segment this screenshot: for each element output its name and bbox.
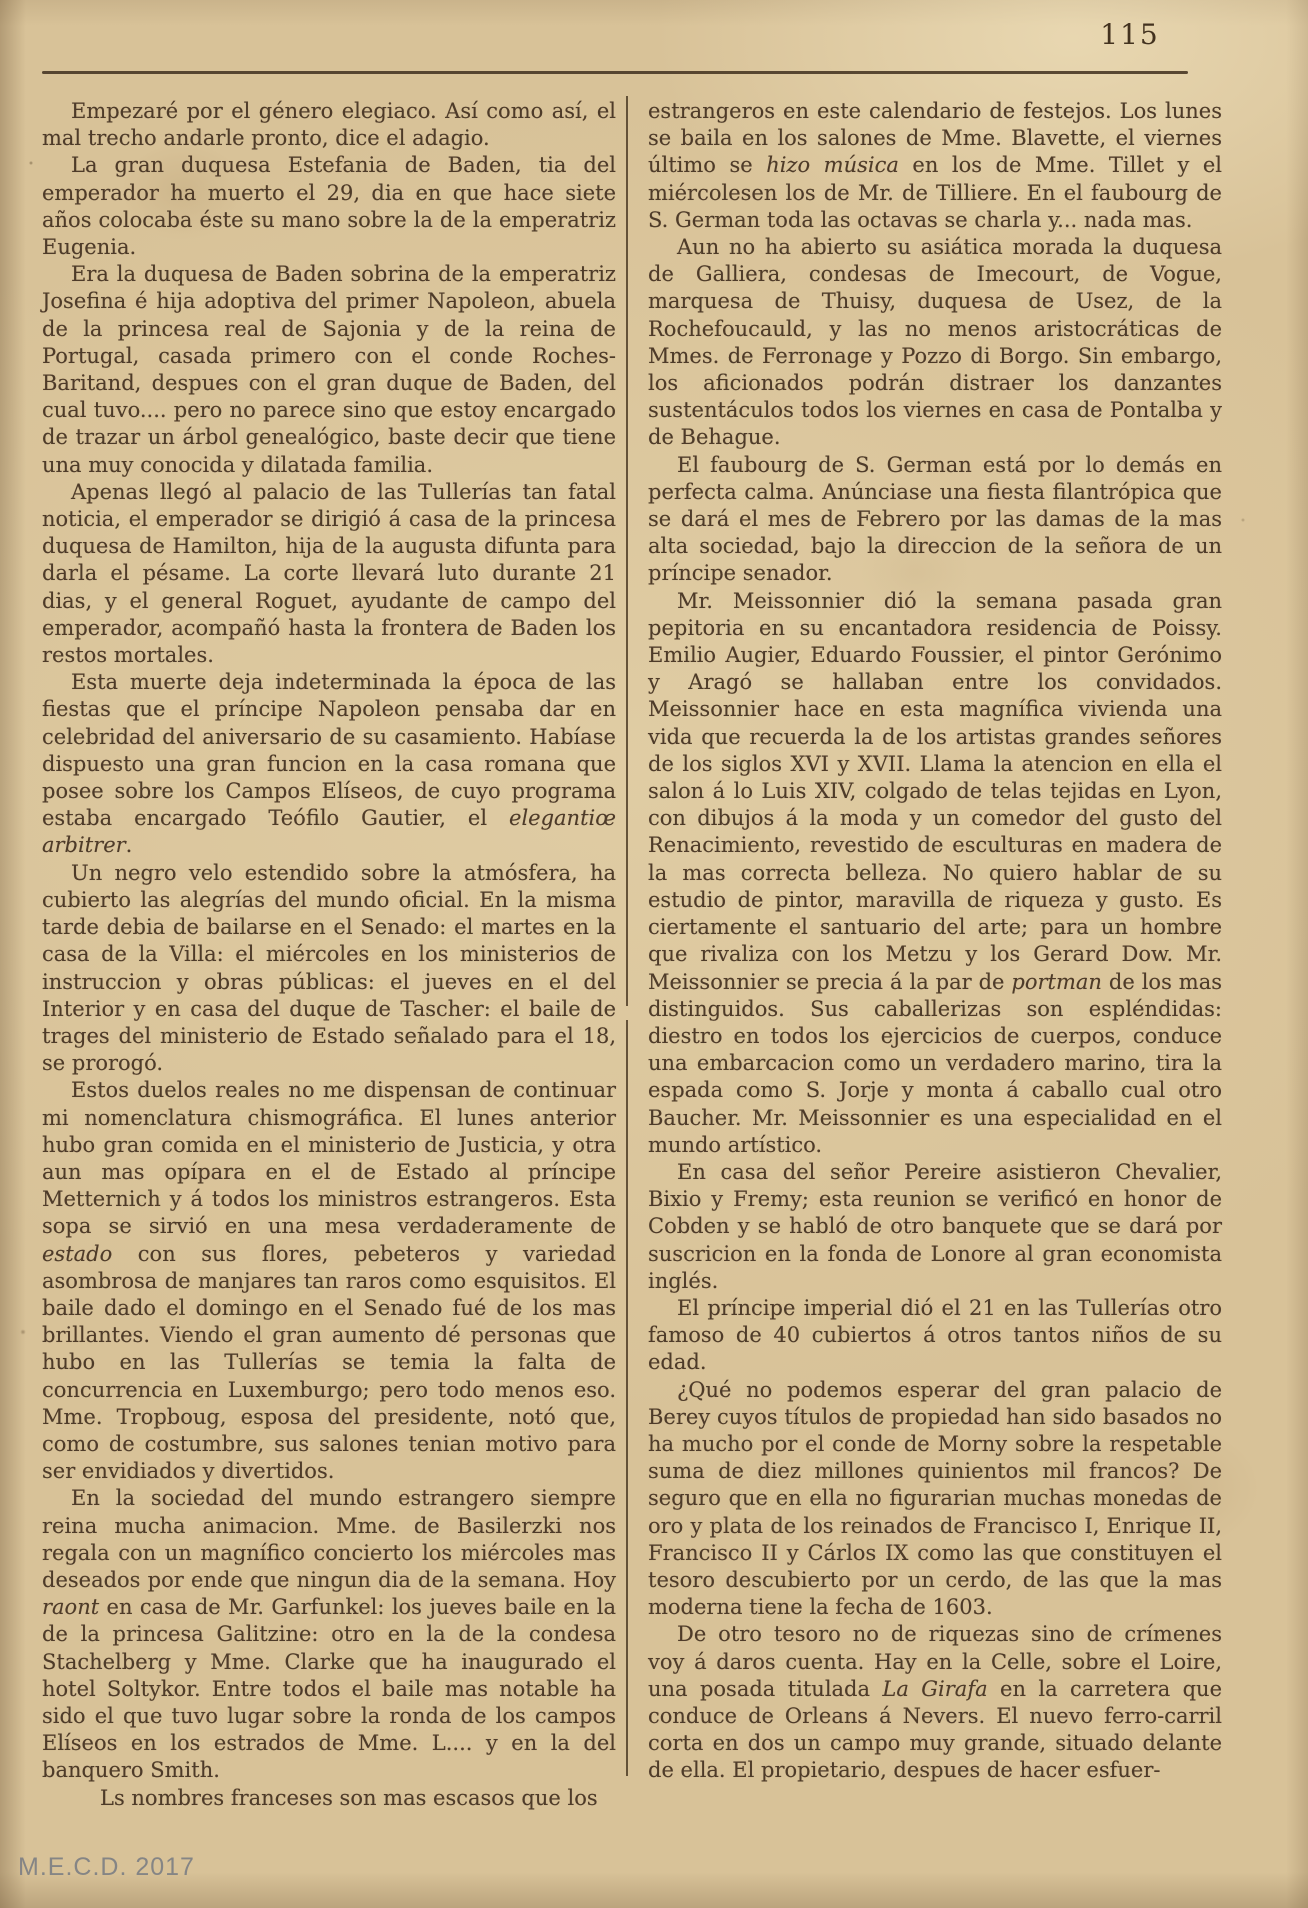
paragraph: Esta muerte deja indeterminada la época … — [42, 669, 616, 859]
italic-phrase: estado — [42, 1242, 112, 1266]
paragraph: Era la duquesa de Baden sobrina de la em… — [42, 261, 616, 479]
text-segment: . — [126, 833, 133, 857]
paragraph: El faubourg de S. German está por lo dem… — [648, 452, 1222, 588]
text-segment: Apenas llegó al palacio de las Tullerías… — [42, 480, 616, 667]
right-text-column: estrangeros en este calendario de festej… — [648, 98, 1222, 1785]
column-divider-lower — [626, 1020, 628, 1776]
paragraph: Ls nombres franceses son mas escasos que… — [42, 1785, 616, 1812]
page-number: 115 — [1085, 18, 1175, 51]
paragraph: Un negro velo estendido sobre la atmósfe… — [42, 860, 616, 1078]
paragraph: ¿Qué no podemos esperar del gran palacio… — [648, 1377, 1222, 1622]
archive-watermark: M.E.C.D. 2017 — [18, 1853, 195, 1882]
paragraph: En casa del señor Pereire asistieron Che… — [648, 1159, 1222, 1295]
text-segment: Aun no ha abierto su asiática morada la … — [648, 235, 1222, 449]
paragraph: El príncipe imperial dió el 21 en las Tu… — [648, 1295, 1222, 1377]
scanned-newspaper-page: 115 Empezaré por el género elegiaco. Así… — [0, 0, 1308, 1908]
italic-phrase: hizo música — [766, 153, 899, 177]
paragraph: Empezaré por el género elegiaco. Así com… — [42, 98, 616, 152]
text-segment: con sus flores, pebeteros y variedad aso… — [42, 1242, 616, 1484]
italic-phrase: La Girafa — [882, 1677, 987, 1701]
text-segment: en casa de Mr. Garfunkel: los jueves bai… — [42, 1595, 616, 1782]
text-segment: Mr. Meissonnier dió la semana pasada gra… — [648, 589, 1222, 994]
left-text-column: Empezaré por el género elegiaco. Así com… — [42, 98, 616, 1812]
text-segment: Ls nombres franceses son mas escasos que… — [100, 1786, 598, 1810]
text-segment: Un negro velo estendido sobre la atmósfe… — [42, 861, 616, 1075]
paragraph: En la sociedad del mundo estrangero siem… — [42, 1485, 616, 1784]
text-segment: En la sociedad del mundo estrangero siem… — [42, 1486, 616, 1592]
paragraph: De otro tesoro no de riquezas sino de cr… — [648, 1621, 1222, 1784]
text-segment: El faubourg de S. German está por lo dem… — [648, 453, 1222, 586]
text-segment: En casa del señor Pereire asistieron Che… — [648, 1160, 1222, 1293]
text-segment: ¿Qué no podemos esperar del gran palacio… — [648, 1378, 1222, 1620]
paragraph: Estos duelos reales no me dispensan de c… — [42, 1077, 616, 1485]
column-divider-upper — [626, 96, 628, 1006]
paragraph: Mr. Meissonnier dió la semana pasada gra… — [648, 588, 1222, 1159]
header-rule — [42, 71, 1188, 74]
paragraph: estrangeros en este calendario de festej… — [648, 98, 1222, 234]
paragraph: La gran duquesa Estefania de Baden, tia … — [42, 152, 616, 261]
text-segment: Estos duelos reales no me dispensan de c… — [42, 1078, 616, 1238]
text-segment: Empezaré por el género elegiaco. Así com… — [42, 99, 616, 150]
italic-phrase: portman — [1011, 970, 1102, 994]
italic-phrase: raont — [42, 1595, 99, 1619]
text-segment: Era la duquesa de Baden sobrina de la em… — [42, 262, 616, 476]
text-segment: de los mas distinguidos. Sus caballeriza… — [648, 970, 1222, 1157]
text-segment: El príncipe imperial dió el 21 en las Tu… — [648, 1296, 1222, 1374]
paragraph: Apenas llegó al palacio de las Tullerías… — [42, 479, 616, 669]
paragraph: Aun no ha abierto su asiática morada la … — [648, 234, 1222, 452]
text-segment: La gran duquesa Estefania de Baden, tia … — [42, 153, 616, 259]
